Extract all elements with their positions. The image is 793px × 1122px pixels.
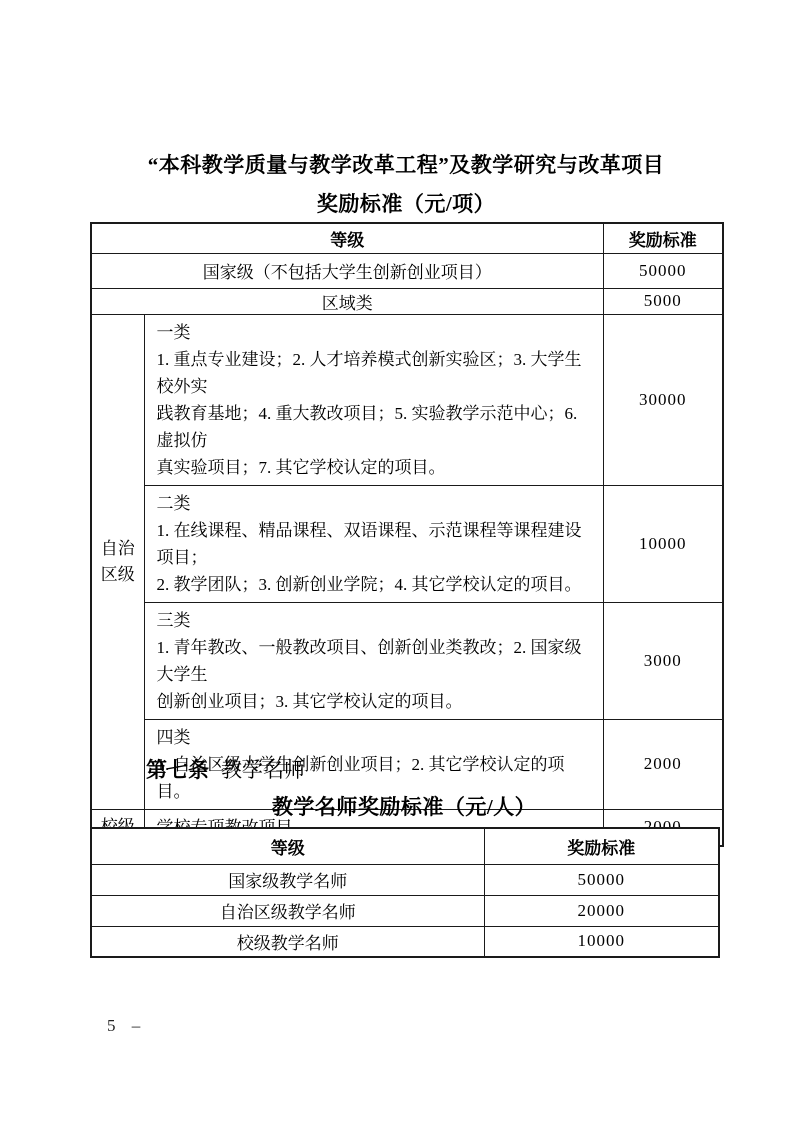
amount-cell: 30000: [603, 314, 723, 485]
amount-cell: 20000: [484, 895, 719, 926]
table-header-row: 等级 奖励标准: [91, 828, 719, 864]
amount-cell: 3000: [603, 602, 723, 719]
amount-cell: 10000: [603, 485, 723, 602]
level-cell: 自治区级教学名师: [91, 895, 484, 926]
table-row: 国家级（不包括大学生创新创业项目） 50000: [91, 253, 723, 288]
category-desc-cell: 二类 1. 在线课程、精品课程、双语课程、示范课程等课程建设项目； 2. 教学团…: [144, 485, 603, 602]
category-desc-cell: 一类 1. 重点专业建设；2. 人才培养模式创新实验区；3. 大学生校外实 践教…: [144, 314, 603, 485]
teacher-reward-table: 等级 奖励标准 国家级教学名师 50000 自治区级教学名师 20000 校级教…: [90, 827, 720, 958]
level-cell: 区域类: [91, 288, 603, 314]
page-number: 5 –: [107, 1016, 146, 1036]
document-page: “本科教学质量与教学改革工程”及教学研究与改革项目 奖励标准（元/项） 等级 奖…: [0, 0, 793, 1122]
teacher-table-title: 教学名师奖励标准（元/人）: [90, 793, 718, 821]
table-header-row: 等级 奖励标准: [91, 223, 723, 253]
document-title-line1: “本科教学质量与教学改革工程”及教学研究与改革项目: [90, 151, 722, 179]
header-level-cell: 等级: [91, 828, 484, 864]
table-row: 国家级教学名师 50000: [91, 864, 719, 895]
header-standard-cell: 奖励标准: [484, 828, 719, 864]
article-title: 教学名师: [221, 758, 305, 782]
project-reward-table: 等级 奖励标准 国家级（不包括大学生创新创业项目） 50000 区域类 5000…: [90, 222, 724, 847]
amount-cell: 10000: [484, 926, 719, 957]
table-row: 三类 1. 青年教改、一般教改项目、创新创业类教改；2. 国家级大学生 创新创业…: [91, 602, 723, 719]
category-desc-cell: 三类 1. 青年教改、一般教改项目、创新创业类教改；2. 国家级大学生 创新创业…: [144, 602, 603, 719]
header-standard-cell: 奖励标准: [603, 223, 723, 253]
table-row: 区域类 5000: [91, 288, 723, 314]
group-label-cell: 自治 区级: [91, 314, 144, 809]
amount-cell: 5000: [603, 288, 723, 314]
table-row: 二类 1. 在线课程、精品课程、双语课程、示范课程等课程建设项目； 2. 教学团…: [91, 485, 723, 602]
level-cell: 国家级（不包括大学生创新创业项目）: [91, 253, 603, 288]
amount-cell: 50000: [484, 864, 719, 895]
level-cell: 国家级教学名师: [91, 864, 484, 895]
article-number: 第七条: [146, 758, 209, 782]
header-level-cell: 等级: [91, 223, 603, 253]
level-cell: 校级教学名师: [91, 926, 484, 957]
table-row: 自治区级教学名师 20000: [91, 895, 719, 926]
table-row: 自治 区级 一类 1. 重点专业建设；2. 人才培养模式创新实验区；3. 大学生…: [91, 314, 723, 485]
article-heading: 第七条教学名师: [146, 756, 305, 784]
amount-cell: 50000: [603, 253, 723, 288]
table-row: 校级教学名师 10000: [91, 926, 719, 957]
document-title-line2: 奖励标准（元/项）: [90, 190, 722, 218]
